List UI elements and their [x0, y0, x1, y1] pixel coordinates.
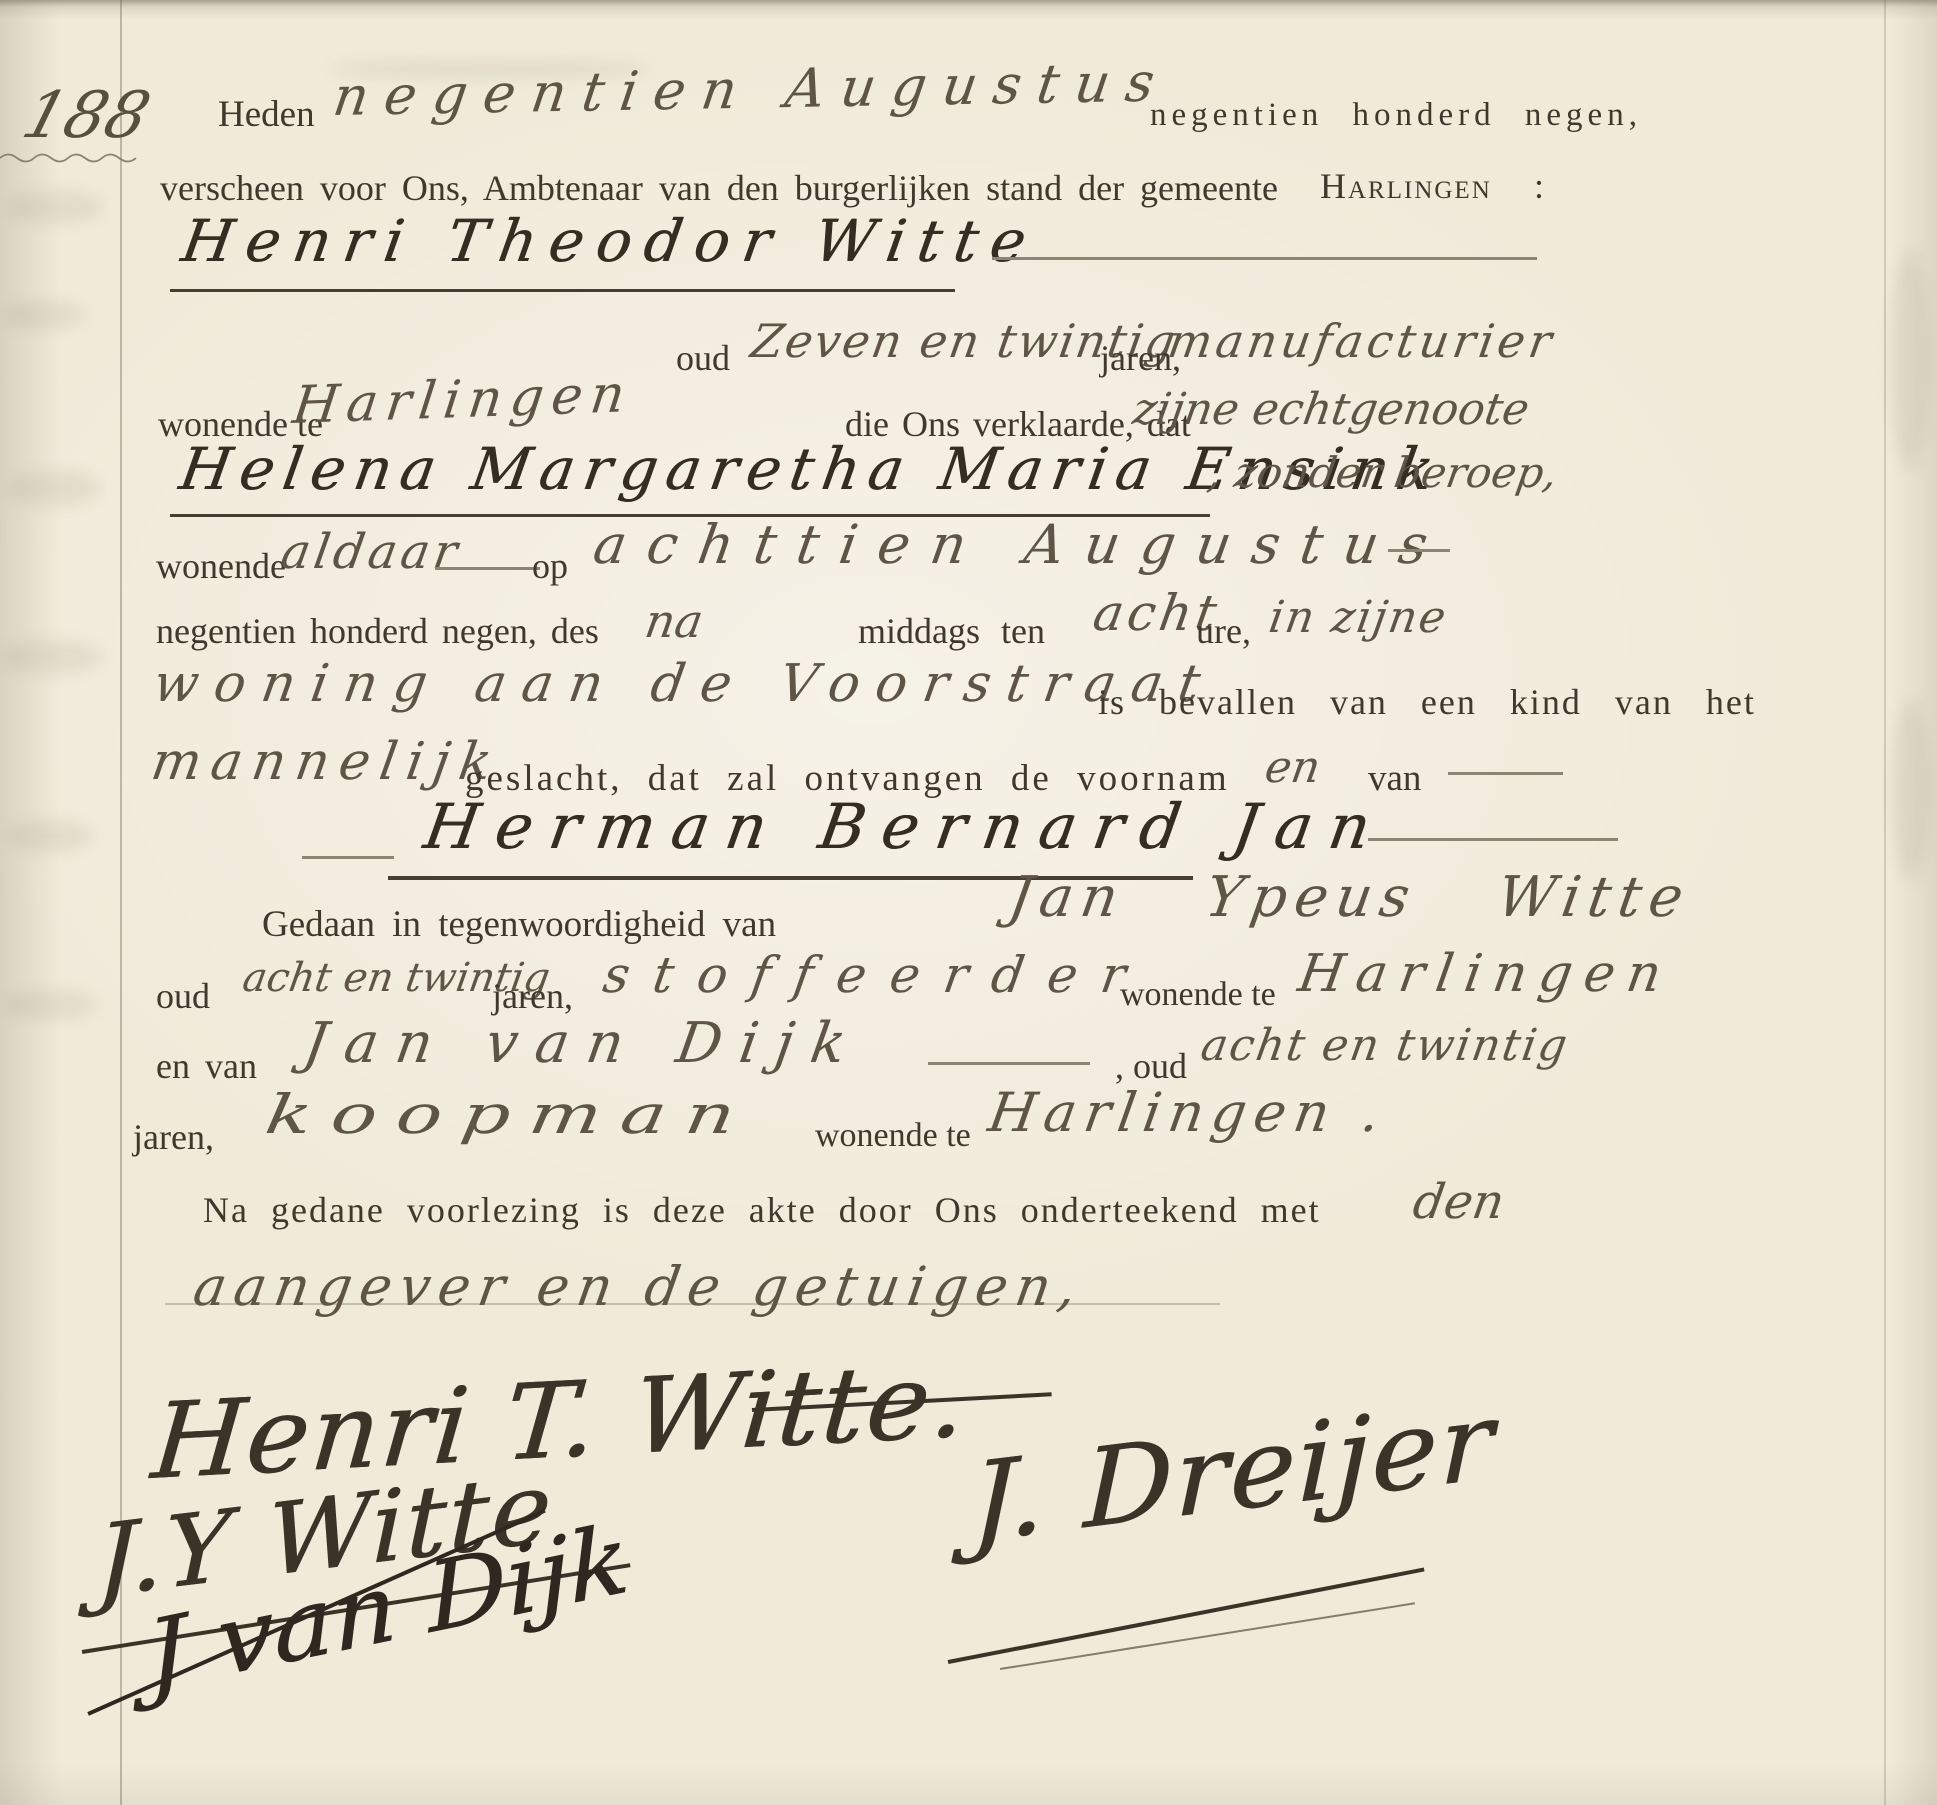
- blank-line-dash: [1448, 772, 1563, 775]
- witness1-residence: Harlingen: [1295, 948, 1677, 1000]
- child-names: Herman Bernard Jan: [420, 796, 1391, 858]
- residence-label-2: wonende: [156, 548, 286, 584]
- faint-baseline-rule: [165, 1303, 1220, 1305]
- blank-line-dash: [1368, 838, 1618, 841]
- gender-handwritten: mannelijk: [148, 736, 505, 788]
- years-label-3: jaren,: [133, 1119, 214, 1155]
- hour-label: ure,: [1196, 613, 1251, 649]
- witness2-residence: Harlingen .: [985, 1086, 1392, 1140]
- blank-line-dash: [1388, 549, 1450, 552]
- declarant-name-underline: [170, 289, 955, 292]
- birth-date-handwritten: achttien Augustus: [590, 518, 1452, 572]
- age-label-2: oud: [156, 978, 210, 1014]
- witness2-name: Jan van Dijk: [300, 1016, 868, 1072]
- declarant-name: Henri Theodor Witte: [178, 212, 1043, 270]
- ghost-bleed-mark: [1892, 700, 1930, 880]
- signature-registrar: J. Dreijer: [970, 1386, 1495, 1558]
- birth-record-scan: 188 Heden negentien Augustus negentien h…: [0, 0, 1937, 1805]
- birth-year-printed: negentien honderd negen, des: [156, 613, 599, 649]
- residence-label-3: wonende te: [1120, 978, 1276, 1012]
- mother-occupation: , zonder beroep,: [1205, 452, 1560, 494]
- declarant-occupation: manufacturier: [1165, 318, 1559, 364]
- opening-date-handwritten: negentien Augustus: [330, 55, 1174, 124]
- municipality-name: Harlingen: [1320, 168, 1492, 204]
- closing-den-handwritten: den: [1410, 1178, 1508, 1226]
- witness2-age: acht en twintig: [1198, 1024, 1572, 1068]
- closing-printed: Na gedane voorlezing is deze akte door O…: [203, 1192, 1321, 1228]
- daypart-printed: middags ten: [858, 613, 1045, 649]
- right-edge-line: [1884, 0, 1886, 1805]
- residence-label-4: wonende te: [815, 1119, 971, 1153]
- ghost-bleed-mark: [8, 190, 103, 224]
- ghost-bleed-mark: [10, 470, 100, 506]
- blank-line-dash: [302, 856, 394, 859]
- and-of-label: en van: [156, 1048, 257, 1084]
- municipality-colon: :: [1534, 168, 1544, 204]
- names-suffix-handwritten: en: [1262, 746, 1323, 790]
- daypart-handwritten: na: [642, 598, 706, 644]
- on-label: op: [532, 548, 568, 584]
- closing-aangever-handwritten: aangever en de getuigen,: [190, 1260, 1088, 1314]
- age-label: oud: [676, 340, 730, 376]
- opening-word: Heden: [218, 96, 315, 133]
- witnesses-intro: Gedaan in tegenwoordigheid van: [262, 906, 776, 943]
- signature-declarant: Henri T. Witte.: [148, 1348, 971, 1495]
- witness1-name: Jan Ypeus Witte: [1005, 870, 1695, 926]
- ghost-bleed-mark: [4, 990, 96, 1020]
- witness1-occupation: stoffeerder: [600, 950, 1153, 1000]
- ghost-bleed-mark: [4, 300, 84, 330]
- blank-line-dash: [992, 257, 1537, 260]
- opening-year-printed: negentien honderd negen,: [1150, 99, 1642, 132]
- witness2-occupation: koopman: [262, 1088, 758, 1142]
- registrar-line: verscheen voor Ons, Ambtenaar van den bu…: [160, 170, 1278, 206]
- born-printed: is bevallen van een kind van het: [1098, 684, 1756, 720]
- ghost-bleed-mark: [2, 640, 102, 674]
- declarant-residence: Harlingen: [290, 368, 636, 432]
- location-intro-handwritten: in zijne: [1266, 596, 1451, 640]
- record-number: 188: [16, 84, 157, 148]
- signature-registrar-flourish: [948, 1567, 1425, 1663]
- years-label-2: jaren,: [492, 978, 573, 1014]
- ghost-bleed-mark: [1890, 250, 1930, 470]
- ghost-bleed-mark: [8, 820, 93, 852]
- blank-line-dash: [928, 1062, 1090, 1065]
- blank-line-dash: [435, 567, 540, 570]
- squiggle-underline: [0, 150, 140, 164]
- spouse-intro-handwritten: zijne echtgenoote: [1130, 388, 1532, 432]
- birth-location: woning aan de Voorstraat: [150, 658, 1220, 710]
- age-label-3: , oud: [1115, 1048, 1187, 1084]
